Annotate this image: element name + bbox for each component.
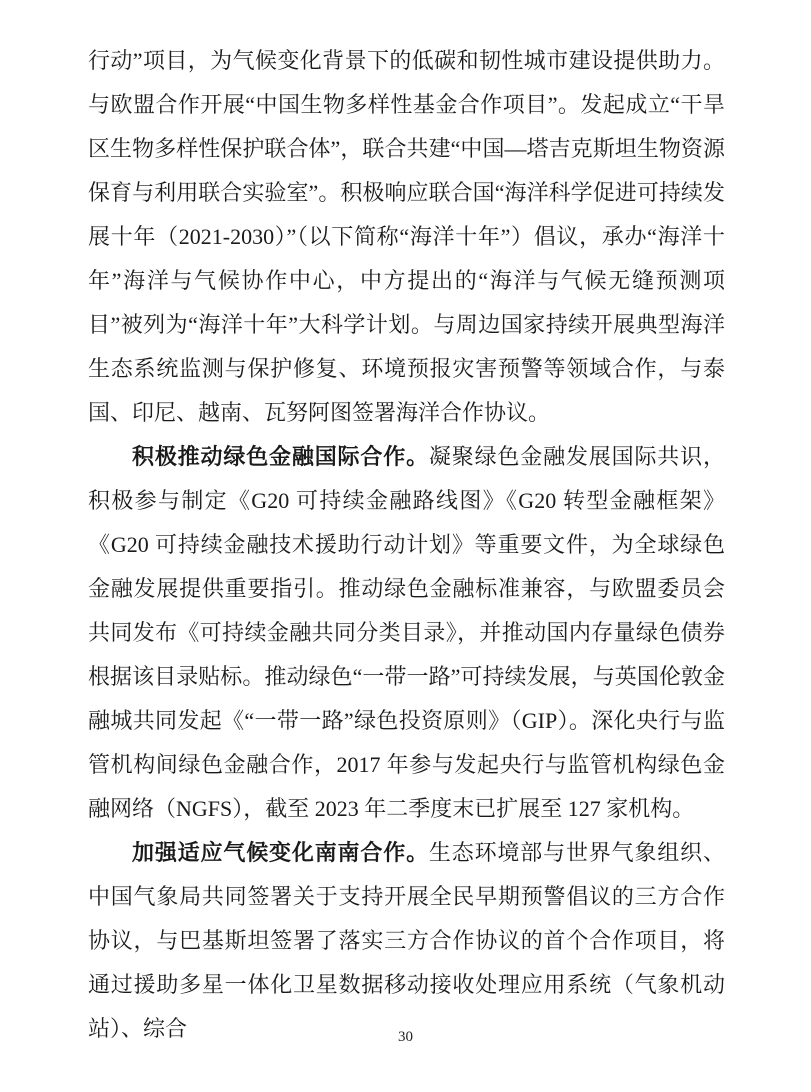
paragraph-green-finance: 积极推动绿色金融国际合作。凝聚绿色金融发展国际共识，积极参与制定《G20 可持续…	[88, 435, 725, 831]
paragraph-lead: 积极推动绿色金融国际合作。	[132, 444, 429, 469]
page-body-text: 行动”项目，为气候变化背景下的低碳和韧性城市建设提供助力。与欧盟合作开展“中国生…	[88, 39, 725, 1051]
paragraph-lead: 加强适应气候变化南南合作。	[132, 840, 429, 865]
document-page: 行动”项目，为气候变化背景下的低碳和韧性城市建设提供助力。与欧盟合作开展“中国生…	[0, 0, 811, 1092]
paragraph-body: 凝聚绿色金融发展国际共识，积极参与制定《G20 可持续金融路线图》《G20 转型…	[88, 444, 725, 821]
paragraph-body: 生态环境部与世界气象组织、中国气象局共同签署关于支持开展全民早期预警倡议的三方合…	[88, 840, 725, 1041]
paragraph-body: 行动”项目，为气候变化背景下的低碳和韧性城市建设提供助力。与欧盟合作开展“中国生…	[88, 48, 725, 425]
page-number: 30	[0, 1026, 811, 1048]
paragraph-continuation: 行动”项目，为气候变化背景下的低碳和韧性城市建设提供助力。与欧盟合作开展“中国生…	[88, 39, 725, 435]
paragraph-south-south-cooperation: 加强适应气候变化南南合作。生态环境部与世界气象组织、中国气象局共同签署关于支持开…	[88, 831, 725, 1051]
